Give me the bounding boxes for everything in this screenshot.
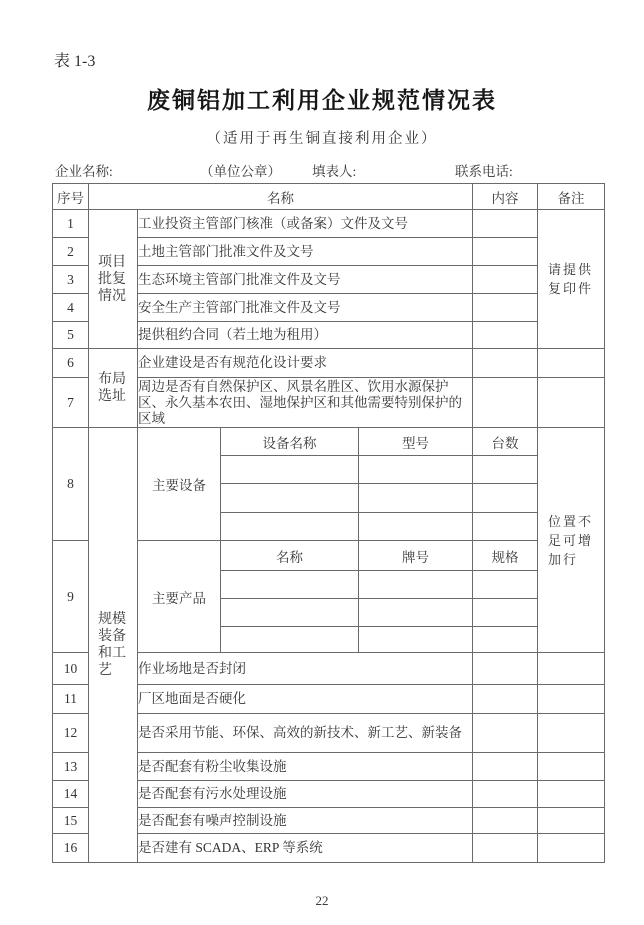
- row-name: 厂区地面是否硬化: [138, 685, 473, 714]
- subcol-header-model: 型号: [359, 428, 473, 456]
- field-company-name-label: 企业名称:: [55, 160, 113, 180]
- page-subtitle: （适用于再生铜直接利用企业）: [0, 127, 644, 148]
- remark-cell: [538, 753, 605, 781]
- row-seq: 1: [53, 210, 89, 238]
- group-cell-approval: 项目批复情况: [89, 210, 138, 349]
- group-label: 项目批复情况: [98, 254, 128, 305]
- row-name: 是否配套有噪声控制设施: [138, 808, 473, 834]
- row-seq: 9: [53, 541, 89, 653]
- row-seq: 8: [53, 428, 89, 541]
- content-cell: [473, 378, 538, 428]
- content-cell: [473, 714, 538, 753]
- row-name: 生态环境主管部门批准文件及文号: [138, 266, 473, 294]
- row-name: 土地主管部门批准文件及文号: [138, 238, 473, 266]
- subcol-header-unit-count: 台数: [473, 428, 538, 456]
- row-seq: 12: [53, 714, 89, 753]
- field-phone-label: 联系电话:: [455, 160, 513, 180]
- content-cell: [473, 834, 538, 863]
- remark-cell: [538, 714, 605, 753]
- remark-cell-copies: 请提供复印件: [538, 210, 605, 349]
- row-label-equipment: 主要设备: [138, 428, 221, 541]
- content-cell: [473, 210, 538, 238]
- content-cell: [473, 781, 538, 808]
- subcol-header-spec: 规格: [473, 541, 538, 571]
- content-cell: [473, 266, 538, 294]
- header-fields-row: 企业名称: （单位公章） 填表人: 联系电话:: [0, 160, 644, 178]
- remark-cell: [538, 349, 605, 378]
- product-name-cell: [221, 627, 359, 653]
- row-seq: 6: [53, 349, 89, 378]
- row-name: 是否配套有污水处理设施: [138, 781, 473, 808]
- product-brand-cell: [359, 599, 473, 627]
- device-count-cell: [473, 456, 538, 484]
- row-seq: 10: [53, 653, 89, 685]
- document-page: 表 1-3 废铜铝加工利用企业规范情况表 （适用于再生铜直接利用企业） 企业名称…: [0, 0, 644, 925]
- row-seq: 3: [53, 266, 89, 294]
- product-name-cell: [221, 599, 359, 627]
- remark-text: 位置不足可增加行: [548, 512, 594, 569]
- device-count-cell: [473, 513, 538, 541]
- col-header-name: 名称: [89, 184, 473, 210]
- subcol-header-device-name: 设备名称: [221, 428, 359, 456]
- content-cell: [473, 653, 538, 685]
- device-name-cell: [221, 456, 359, 484]
- page-number: 22: [0, 893, 644, 909]
- table-row: 8 规模装备和工艺 主要设备 设备名称 型号 台数 位置不足可增加行: [53, 428, 605, 456]
- device-model-cell: [359, 513, 473, 541]
- product-spec-cell: [473, 627, 538, 653]
- content-cell: [473, 685, 538, 714]
- subcol-header-brand: 牌号: [359, 541, 473, 571]
- row-label-product: 主要产品: [138, 541, 221, 653]
- doc-table-label: 表 1-3: [54, 48, 95, 71]
- remark-text: 请提供复印件: [548, 260, 594, 298]
- row-name: 作业场地是否封闭: [138, 653, 473, 685]
- group-label: 布局选址: [98, 371, 128, 405]
- row-seq: 16: [53, 834, 89, 863]
- col-header-seq: 序号: [53, 184, 89, 210]
- remark-cell: [538, 653, 605, 685]
- field-seal-label: （单位公章）: [200, 160, 281, 180]
- device-model-cell: [359, 456, 473, 484]
- row-seq: 4: [53, 294, 89, 322]
- remark-cell-add-rows: 位置不足可增加行: [538, 428, 605, 653]
- remark-cell: [538, 781, 605, 808]
- product-name-cell: [221, 571, 359, 599]
- page-title: 废铜铝加工利用企业规范情况表: [0, 82, 644, 115]
- row-name: 是否配套有粉尘收集设施: [138, 753, 473, 781]
- device-count-cell: [473, 484, 538, 513]
- col-header-remark: 备注: [538, 184, 605, 210]
- device-name-cell: [221, 484, 359, 513]
- table-row: 1 项目批复情况 工业投资主管部门核准（或备案）文件及文号 请提供复印件: [53, 210, 605, 238]
- device-name-cell: [221, 513, 359, 541]
- col-header-content: 内容: [473, 184, 538, 210]
- row-name: 企业建设是否有规范化设计要求: [138, 349, 473, 378]
- row-name: 提供租约合同（若土地为租用）: [138, 322, 473, 349]
- row-seq: 2: [53, 238, 89, 266]
- content-cell: [473, 808, 538, 834]
- remark-cell: [538, 808, 605, 834]
- row-name: 安全生产主管部门批准文件及文号: [138, 294, 473, 322]
- remark-cell: [538, 834, 605, 863]
- row-name: 是否采用节能、环保、高效的新技术、新工艺、新装备: [138, 714, 473, 753]
- row-seq: 5: [53, 322, 89, 349]
- device-model-cell: [359, 484, 473, 513]
- content-cell: [473, 294, 538, 322]
- content-cell: [473, 349, 538, 378]
- product-brand-cell: [359, 627, 473, 653]
- content-cell: [473, 238, 538, 266]
- content-cell: [473, 753, 538, 781]
- content-cell: [473, 322, 538, 349]
- table-row: 6 布局选址 企业建设是否有规范化设计要求: [53, 349, 605, 378]
- field-preparer-label: 填表人:: [312, 160, 356, 180]
- product-brand-cell: [359, 571, 473, 599]
- row-seq: 15: [53, 808, 89, 834]
- row-name: 是否建有 SCADA、ERP 等系统: [138, 834, 473, 863]
- row-seq: 11: [53, 685, 89, 714]
- table-header-row: 序号 名称 内容 备注: [53, 184, 605, 210]
- form-table: 序号 名称 内容 备注 1 项目批复情况 工业投资主管部门核准（或备案）文件及文…: [52, 183, 605, 863]
- row-seq: 14: [53, 781, 89, 808]
- group-cell-layout: 布局选址: [89, 349, 138, 428]
- product-spec-cell: [473, 599, 538, 627]
- group-cell-scale: 规模装备和工艺: [89, 428, 138, 863]
- row-name: 周边是否有自然保护区、风景名胜区、饮用水源保护区、永久基本农田、湿地保护区和其他…: [138, 378, 473, 428]
- row-seq: 13: [53, 753, 89, 781]
- subcol-header-product-name: 名称: [221, 541, 359, 571]
- remark-cell: [538, 378, 605, 428]
- product-spec-cell: [473, 571, 538, 599]
- group-label: 规模装备和工艺: [98, 611, 128, 679]
- row-name: 工业投资主管部门核准（或备案）文件及文号: [138, 210, 473, 238]
- remark-cell: [538, 685, 605, 714]
- row-seq: 7: [53, 378, 89, 428]
